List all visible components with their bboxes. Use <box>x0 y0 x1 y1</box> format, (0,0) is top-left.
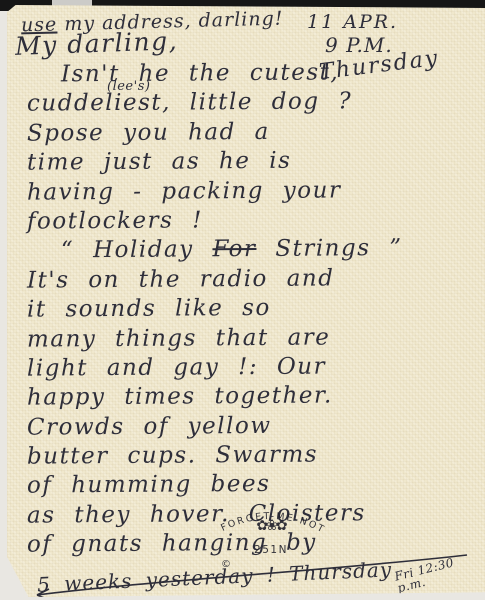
footer-note: 5 weeks yesterday ! Thursday <box>37 557 393 596</box>
letter-line: light and gay !: Our <box>27 351 483 384</box>
letter-date: 11 APR. <box>307 11 398 33</box>
forget-me-not-watermark: FORGET-ME-NOT ✿❀✿ 251N © <box>205 497 337 556</box>
letter-line: happy times together. <box>27 381 483 414</box>
scanned-letter: use my address, darling! 11 APR. 9 P.M. … <box>0 0 485 600</box>
letter-line: It's on the radio and <box>27 263 483 296</box>
letter-line: Crowds of yellow <box>27 410 483 443</box>
watermark-code: 251N <box>205 544 337 556</box>
letter-line: cuddeliest, little dog ? <box>27 87 483 120</box>
letter-line: time just as he is <box>27 146 483 179</box>
letter-line: footlockers ! <box>27 204 483 237</box>
letter-line: “ Holiday For Strings ” <box>27 234 483 267</box>
letter-line: having - packing your <box>27 175 483 208</box>
letter-body: Isn't he the cutest,cuddeliest, little d… <box>27 59 483 559</box>
letter-line: Isn't he the cutest, <box>27 57 483 90</box>
letter-page: use my address, darling! 11 APR. 9 P.M. … <box>7 5 485 597</box>
letter-line: Spose you had a <box>27 116 483 149</box>
letter-line: many things that are <box>27 322 483 355</box>
salutation: My darling, <box>15 26 179 61</box>
letter-line: it sounds like so <box>27 293 483 326</box>
letter-line: butter cups. Swarms <box>27 439 483 472</box>
